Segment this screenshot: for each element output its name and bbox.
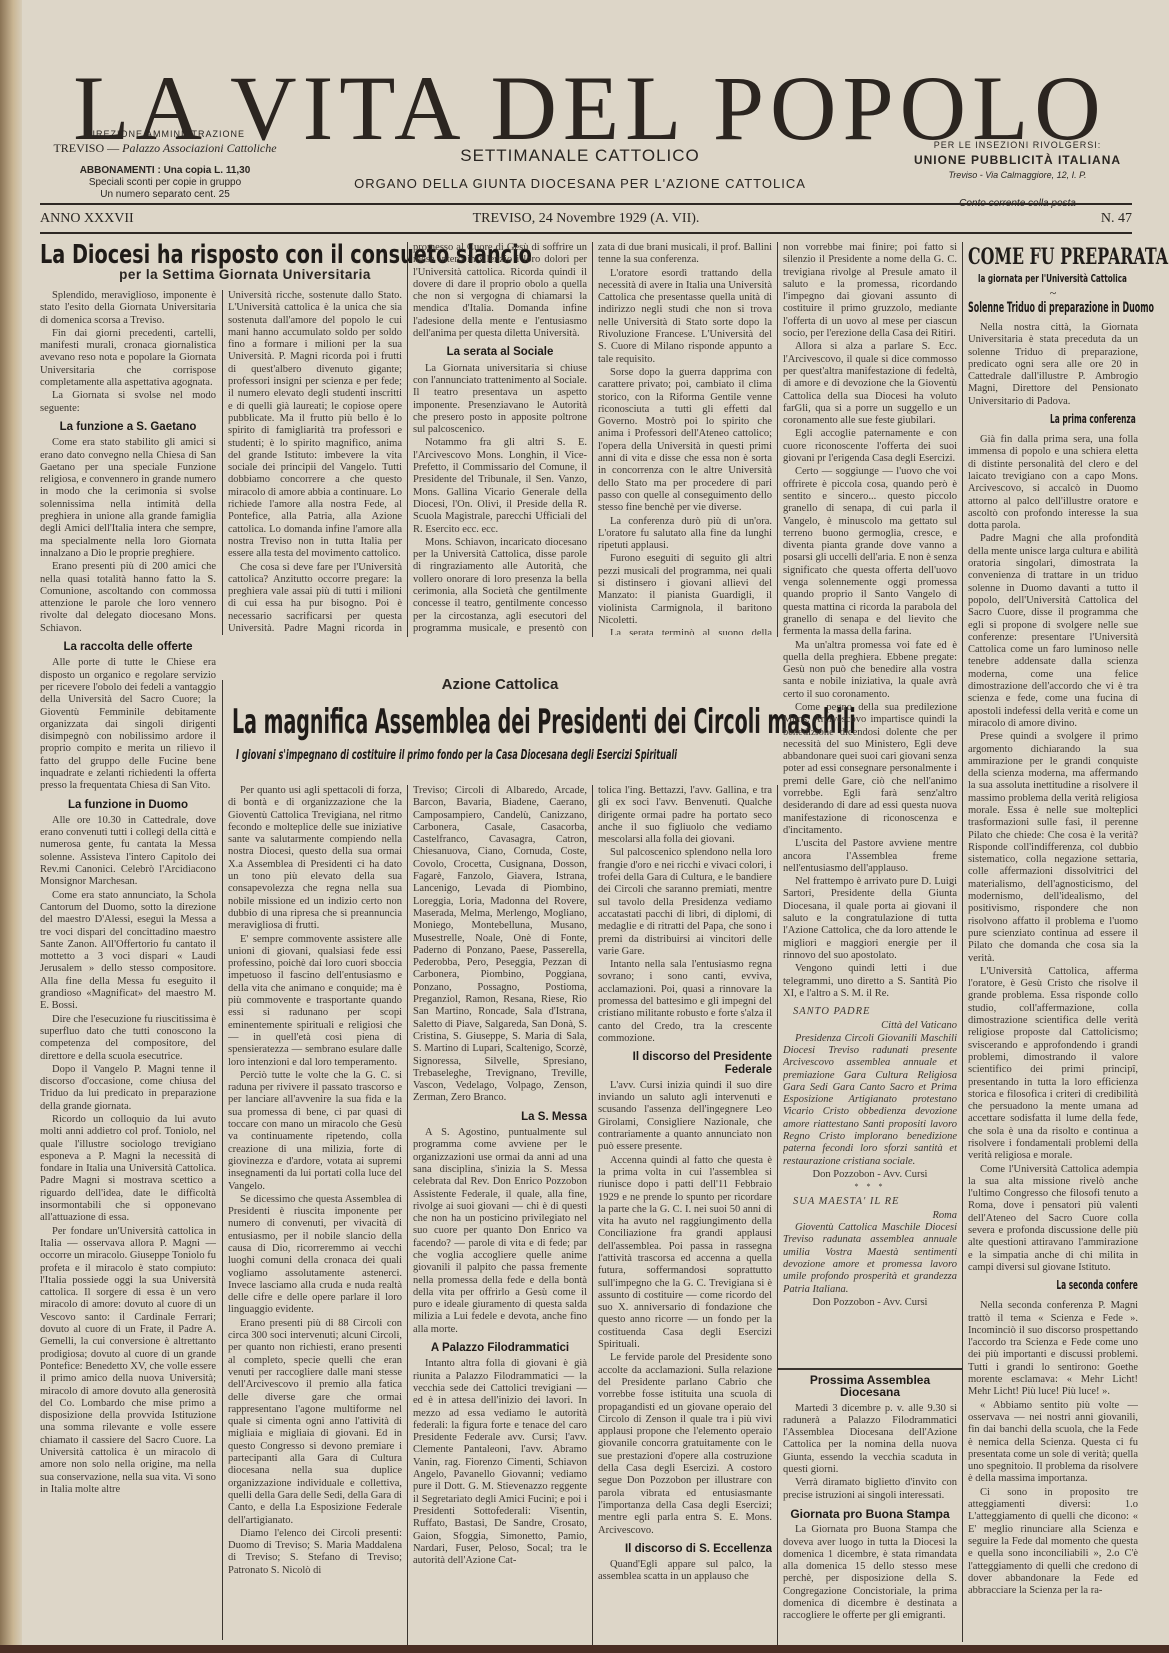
- article2-headline: La magnifica Assemblea dei Presidenti de…: [232, 702, 534, 742]
- header-left-box: DIREZIONE AMMINISTRAZIONE TREVISO — Pala…: [35, 127, 295, 201]
- paragraph: Come pegno della sua predilezione Mons. …: [783, 702, 957, 837]
- article3-headline: COME FU PREPARATA: [968, 244, 1090, 270]
- paragraph: Come era stato stabilito gli amici si er…: [40, 437, 216, 560]
- article2-col4: non vorrebbe mai finire; poi fatto si si…: [783, 242, 957, 1367]
- agency-label: UNIONE PUBBLICITÀ ITALIANA: [890, 153, 1145, 167]
- sconti-label: Speciali sconti per copie in gruppo: [35, 177, 295, 189]
- paragraph: Sul palcoscenico splendono nella loro fr…: [598, 847, 772, 958]
- article3-section-box: Solenne Triduo di preparazione in Duomo: [968, 300, 1138, 320]
- issue-number: N. 47: [1101, 211, 1132, 227]
- paragraph: Ricordo un colloquio da lui avuto molti …: [40, 1114, 216, 1225]
- paragraph: Fin dai giorni precedenti, cartelli, man…: [40, 328, 216, 389]
- paragraph: Mons. Schiavon, incaricato diocesano per…: [413, 537, 587, 635]
- paragraph: E' sempre commovente assistere alle unio…: [228, 934, 402, 1069]
- subtitle: SETTIMANALE CATTOLICO: [320, 146, 840, 166]
- c1-title-box: La prima conferenza di P. Magni: [968, 413, 1138, 431]
- paragraph: Ci sono in proposito tre atteggiamenti d…: [968, 1487, 1138, 1598]
- paragraph: A S. Agostino, puntualmente sul programm…: [413, 1127, 587, 1336]
- section-title: La seconda conferenza di P. Magni: [1056, 1279, 1138, 1291]
- paragraph: Verrà diramato biglietto d'invito con pr…: [783, 1477, 957, 1502]
- section-title: Il discorso di S. Eccellenza: [598, 1543, 772, 1555]
- paragraph: zata di due brani musicali, il prof. Bal…: [598, 242, 772, 267]
- paragraph: Egli accoglie paternamente e con cuore r…: [783, 428, 957, 465]
- col-rule: [407, 242, 408, 637]
- section-title: La raccolta delle offerte: [40, 641, 216, 653]
- section-title: A Palazzo Filodrammatici: [413, 1342, 587, 1354]
- paragraph: tolica l'ing. Bettazzi, l'avv. Gallina, …: [598, 785, 772, 846]
- section-title: Il discorso del Presidente Federale: [598, 1051, 772, 1076]
- paragraph: Splendido, meraviglioso, imponente è sta…: [40, 290, 216, 327]
- inserzioni-label: PER LE INSEZIONI RIVOLGERSI:: [890, 140, 1145, 150]
- paragraph: La Giornata si svolse nel modo seguente:: [40, 390, 216, 415]
- telegram-text: Gioventù Cattolica Maschile Diocesi Trev…: [783, 1222, 957, 1296]
- paragraph: Furono eseguiti di seguito gli altri pez…: [598, 553, 772, 627]
- paragraph: Sorse dopo la guerra dapprima con caratt…: [598, 367, 772, 515]
- header-center-box: SETTIMANALE CATTOLICO ORGANO DELLA GIUNT…: [320, 146, 840, 191]
- abbonamenti-label: ABBONAMENTI : Una copia L. 11,30: [35, 165, 295, 177]
- paragraph: Accenna quindi al fatto che questa è la …: [598, 1155, 772, 1352]
- paragraph: promesso al Cuore di Gesù di soffrire un…: [413, 242, 587, 340]
- paragraph: non vorrebbe mai finire; poi fatto si si…: [783, 242, 957, 340]
- section-title: La prima conferenza di P. Magni: [1050, 413, 1138, 425]
- header-right-box: PER LE INSEZIONI RIVOLGERSI: UNIONE PUBB…: [890, 140, 1145, 209]
- paragraph: La Giornata pro Buona Stampa che doveva …: [783, 1524, 957, 1622]
- article1-subhead: per la Settima Giornata Universitaria: [40, 267, 450, 282]
- article1-col3: promesso al Cuore di Gesù di soffrire un…: [413, 242, 587, 635]
- paragraph: Dopo il Vangelo P. Magni tenne il discor…: [40, 1064, 216, 1113]
- city-label: TREVISO: [53, 141, 104, 155]
- article1-col4: zata di due brani musicali, il prof. Bal…: [598, 242, 772, 635]
- paragraph: La serata terminò al suono della Banda d…: [598, 628, 772, 635]
- paragraph: Vengono quindi letti i due telegrammi, u…: [783, 963, 957, 1000]
- paragraph: Come l'Università Cattolica adempia la s…: [968, 1164, 1138, 1275]
- paragraph: Quand'Egli appare sul palco, la assemble…: [598, 1559, 772, 1584]
- paragraph: Alle porte di tutte le Chiese era dispos…: [40, 657, 216, 792]
- section-title: La S. Messa: [413, 1111, 587, 1123]
- binding-spine: [0, 0, 22, 1653]
- paragraph: Le fervide parole del Presidente sono ac…: [598, 1352, 772, 1536]
- article2-subhead: I giovani s'impegnano di costituire il p…: [236, 748, 576, 763]
- paragraph: « Abbiamo sentito più volte — osservava …: [968, 1400, 1138, 1486]
- paragraph: Intanto altra folla di giovani è già riu…: [413, 1358, 587, 1567]
- col-rule: [222, 290, 223, 635]
- paragraph: Se dicessimo che questa Assemblea di Pre…: [228, 1194, 402, 1317]
- paragraph: Ma un'altra promessa voi fate ed è quell…: [783, 640, 957, 701]
- article3-subhead: la giornata per l'Università Cattolica: [978, 272, 1084, 285]
- paragraph: Per quanto usi agli spettacoli di forza,…: [228, 785, 402, 933]
- paragraph: Intanto nella sala l'entusiasmo regna so…: [598, 959, 772, 1045]
- article2-subhead-box: I giovani s'impegnano di costituire il p…: [236, 748, 776, 768]
- numero-label: Un numero separato cent. 25: [35, 189, 295, 201]
- rule-top: [40, 203, 1132, 205]
- paragraph: Allora si alza a parlare S. Ecc. l'Arciv…: [783, 341, 957, 427]
- col-rule: [222, 680, 223, 1640]
- article1-col2: Università ricche, sostenute dallo Stato…: [228, 290, 402, 635]
- paragraph: Già fin dalla prima sera, una folla imme…: [968, 434, 1138, 532]
- paragraph: Nella seconda conferenza P. Magni trattò…: [968, 1300, 1138, 1398]
- paragraph: Treviso; Circoli di Albaredo, Arcade, Ba…: [413, 785, 587, 1105]
- agency-address: Treviso - Via Calmaggiore, 12, I. P.: [890, 170, 1145, 180]
- telegram-text: Presidenza Circoli Giovanili Maschili Di…: [783, 1033, 957, 1168]
- paragraph: Perciò tutte le volte che la G. C. si ra…: [228, 1070, 402, 1193]
- ornament: ~: [968, 286, 1138, 301]
- article2-col3: tolica l'ing. Bettazzi, l'avv. Gallina, …: [598, 785, 772, 1640]
- section-title: La funzione a S. Gaetano: [40, 421, 216, 433]
- telegram-signature: Don Pozzobon - Avv. Cursi: [783, 1297, 957, 1309]
- telegram-title: SANTO PADRE: [793, 1006, 957, 1018]
- rule-bottom: [40, 232, 1132, 234]
- paragraph: La conferenza durò più di un'ora. L'orat…: [598, 516, 772, 553]
- col-rule: [592, 242, 593, 637]
- separator: * * *: [783, 1181, 957, 1193]
- article1-headline: La Diocesi ha risposto con il consueto s…: [40, 240, 314, 270]
- article2-col1: Per quanto usi agli spettacoli di forza,…: [228, 785, 402, 1640]
- paragraph: Nel frattempo è arrivato pure D. Luigi S…: [783, 876, 957, 962]
- paragraph: L'uscita del Pastore avviene mentre anco…: [783, 838, 957, 875]
- section-title: La serata al Sociale: [413, 346, 587, 358]
- col-rule: [777, 242, 778, 637]
- paragraph: Università ricche, sostenute dallo Stato…: [228, 290, 402, 561]
- organ-line: ORGANO DELLA GIUNTA DIOCESANA PER L'AZIO…: [320, 176, 840, 191]
- paragraph: Padre Magni che alla profondità della me…: [968, 533, 1138, 730]
- article1-col1: Splendido, meraviglioso, imponente è sta…: [40, 290, 216, 1640]
- telegram-title: SUA MAESTA' IL RE: [793, 1196, 957, 1208]
- paragraph: Notammo fra gli altri S. E. l'Arcivescov…: [413, 437, 587, 535]
- col-rule: [777, 785, 778, 1645]
- paragraph: Diamo l'elenco dei Circoli presenti: Duo…: [228, 1528, 402, 1577]
- telegram-signature: Don Pozzobon - Avv. Cursi: [783, 1169, 957, 1181]
- direzione-label: DIREZIONE AMMINISTRAZIONE: [35, 127, 295, 141]
- article3-col: Nella nostra città, la Giornata Universi…: [968, 322, 1138, 1642]
- paragraph: Per fondare un'Università cattolica in I…: [40, 1226, 216, 1497]
- paragraph: Come era stato annunciato, la Schola Can…: [40, 890, 216, 1013]
- paragraph: L'avv. Cursi inizia quindi il suo dire i…: [598, 1080, 772, 1154]
- article2-headline-box: La magnifica Assemblea dei Presidenti de…: [232, 702, 772, 746]
- page-bottom-edge: [0, 1645, 1169, 1653]
- dateline: ANNO XXXVII TREVISO, 24 Novembre 1929 (A…: [40, 211, 1132, 229]
- c2-title-box: La seconda conferenza di P. Magni: [968, 1279, 1138, 1297]
- col-rule: [962, 242, 963, 1642]
- article2-col2: Treviso; Circoli di Albaredo, Arcade, Ba…: [413, 785, 587, 1640]
- paragraph: Prese quindi a svolgere il primo argomen…: [968, 731, 1138, 965]
- article2-kicker: Azione Cattolica: [228, 676, 772, 693]
- notice2-title: Giornata pro Buona Stampa: [783, 1508, 957, 1520]
- paragraph: Erano presenti più di 200 amici che nell…: [40, 561, 216, 635]
- paragraph: Alle ore 10.30 in Cattedrale, dove erano…: [40, 815, 216, 889]
- notice-rule: [778, 1368, 962, 1370]
- paragraph: Erano presenti più di 88 Circoli con cir…: [228, 1318, 402, 1527]
- paragraph: Martedì 3 dicembre p. v. alle 9.30 si ra…: [783, 1403, 957, 1477]
- paragraph: L'oratore esordì trattando della necessi…: [598, 268, 772, 366]
- paragraph: Che cosa si deve fare per l'Università c…: [228, 562, 402, 635]
- telegram-place: Città del Vaticano: [783, 1020, 957, 1032]
- article3-headline-box: COME FU PREPARATA: [968, 244, 1138, 274]
- notices-box: Prossima Assemblea Diocesana Martedì 3 d…: [783, 1372, 957, 1642]
- paragraph: La Giornata universitaria si chiuse con …: [413, 363, 587, 437]
- paragraph: Dire che l'esecuzione fu riuscitissima è…: [40, 1014, 216, 1063]
- paragraph: Certo — soggiunge — l'uovo che voi offri…: [783, 466, 957, 638]
- article3-section: Solenne Triduo di preparazione in Duomo: [968, 300, 1065, 316]
- date-label: TREVISO, 24 Novembre 1929 (A. VII).: [40, 211, 1132, 227]
- telegram-place: Roma: [783, 1210, 957, 1222]
- address-label: Palazzo Associazioni Cattoliche: [122, 141, 276, 155]
- col-rule: [407, 785, 408, 1645]
- notice1-title: Prossima Assemblea Diocesana: [783, 1374, 957, 1399]
- section-title: La funzione in Duomo: [40, 799, 216, 811]
- paragraph: L'Università Cattolica, afferma l'orator…: [968, 966, 1138, 1163]
- col-rule: [592, 785, 593, 1645]
- paragraph: Nella nostra città, la Giornata Universi…: [968, 322, 1138, 408]
